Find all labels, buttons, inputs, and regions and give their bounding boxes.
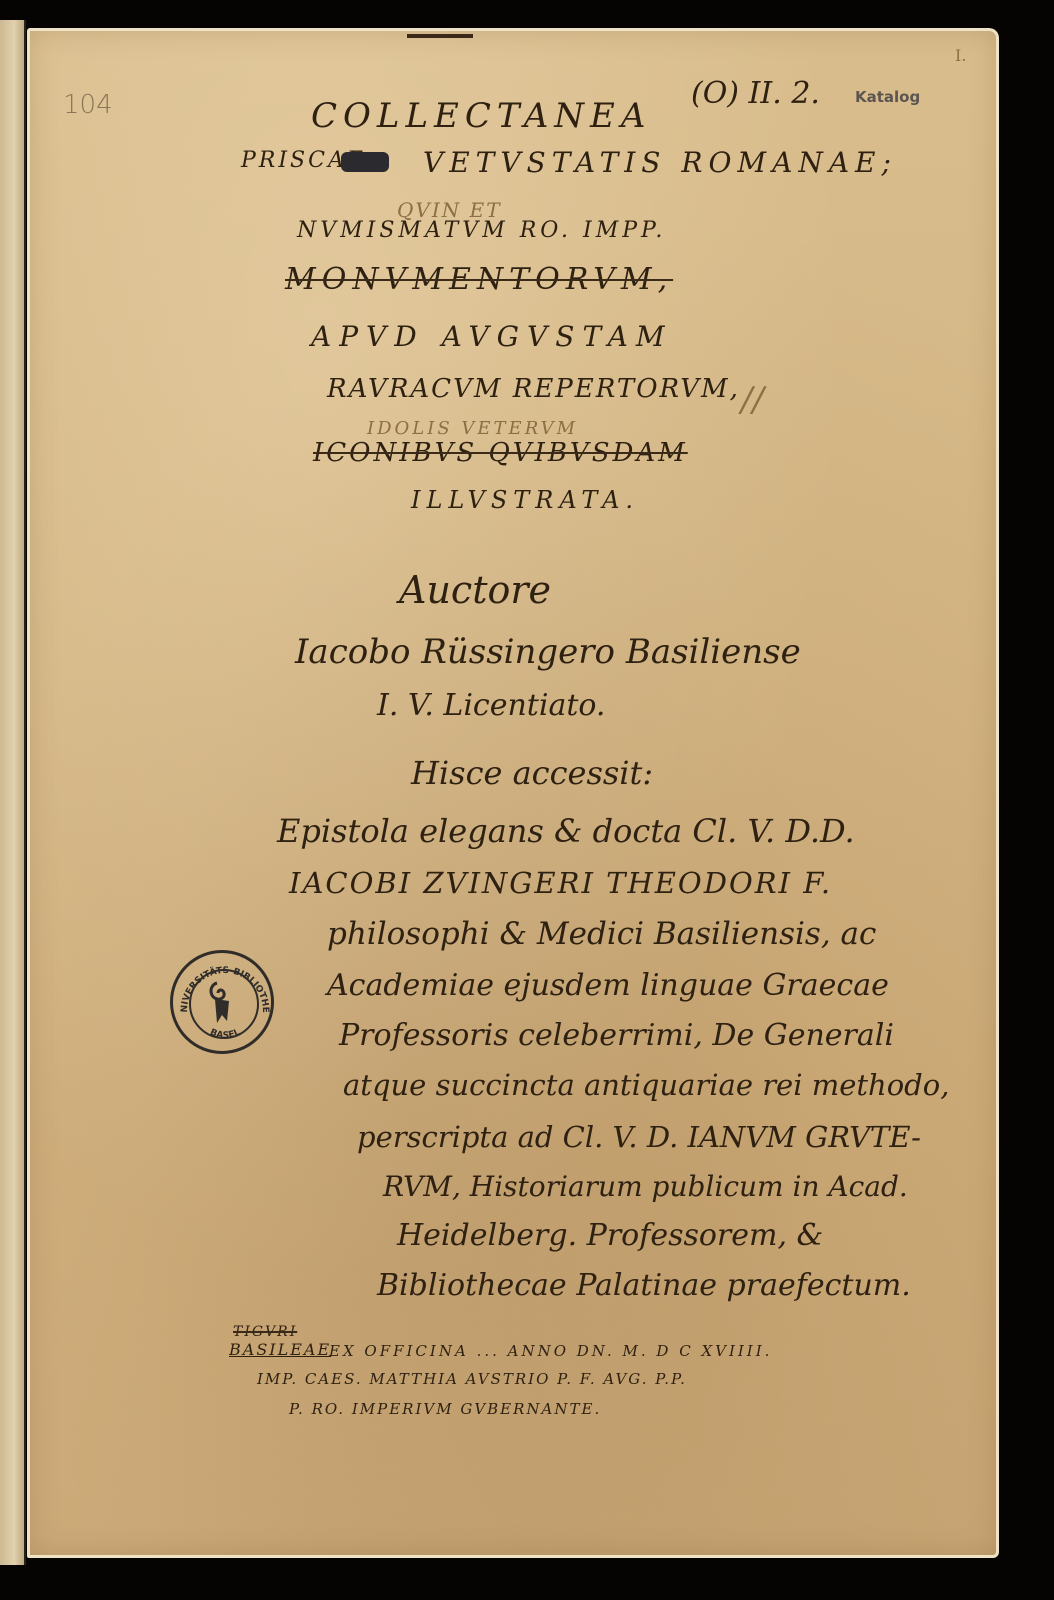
facing-page-edge <box>0 20 26 1565</box>
folio-number: I. <box>955 46 966 65</box>
addendum-line: Heidelberg. Professorem, & <box>397 1218 823 1253</box>
imprint-line-1: EX OFFICINA ... ANNO DN. M. D C XVIIII. <box>329 1342 772 1360</box>
title-line-4-struck: MONVMENTORVM, <box>285 262 673 297</box>
addendum-line: Professoris celeberrimi, De Generali <box>339 1018 894 1053</box>
title-line-1: COLLECTANEA <box>311 96 651 136</box>
author-name: Iacobo Rüssingero Basiliense <box>295 632 801 672</box>
title-line-7-struck: ICONIBVS QVIBVSDAM <box>313 438 688 468</box>
title-line-2: VETVSTATIS ROMANAE; <box>423 146 897 179</box>
shelfmark: (O) II. 2. <box>691 76 820 111</box>
imprint-line-3: P. RO. IMPERIVM GVBERNANTE. <box>289 1400 601 1418</box>
addendum-line: Epistola elegans & docta Cl. V. D.D. <box>277 812 855 850</box>
imprint-place: BASILEAE <box>229 1340 331 1359</box>
ink-blot-deletion <box>341 152 389 172</box>
imprint-line-2: IMP. CAES. MATTHIA AVSTRIO P. F. AVG. P.… <box>257 1370 687 1388</box>
top-struck-mark <box>407 34 473 38</box>
title-insert-idolis-veterum: IDOLIS VETERVM <box>367 418 578 439</box>
title-line-8: ILLVSTRATA. <box>411 486 639 514</box>
addendum-line: perscripta ad Cl. V. D. IANVM GRVTE- <box>357 1120 921 1154</box>
library-stamp: UNIVERSITÄTS-BIBLIOTHEK BASEL <box>170 950 274 1054</box>
title-line-5: APVD AVGVSTAM <box>311 320 672 353</box>
addendum-line: Bibliothecae Palatinae praefectum. <box>377 1268 911 1303</box>
margin-strokes: // <box>741 380 764 420</box>
addendum-line: Academiae ejusdem linguae Graecae <box>327 968 889 1003</box>
basel-crozier-icon <box>191 971 253 1033</box>
author-label: Auctore <box>399 568 551 612</box>
addendum-heading: Hisce accessit: <box>411 754 653 792</box>
addendum-line: RVM, Historiarum publicum in Acad. <box>383 1170 908 1203</box>
pencil-page-number: 104 <box>63 90 113 120</box>
stamp-inner-ring <box>189 969 259 1039</box>
addendum-line: philosophi & Medici Basiliensis, ac <box>327 916 876 952</box>
manuscript-page: 104 (O) II. 2. Katalog I. // COLLECTANEA… <box>27 28 999 1558</box>
author-degree: I. V. Licentiato. <box>377 688 605 723</box>
addendum-line: IACOBI ZVINGERI THEODORI F. <box>289 866 832 900</box>
catalog-stamp: Katalog <box>855 88 920 106</box>
addendum-line: atque succincta antiquariae rei methodo, <box>343 1068 949 1102</box>
imprint-struck-place: TIGVRI <box>233 1324 297 1340</box>
title-line-6: RAVRACVM REPERTORVM, <box>327 374 740 404</box>
title-line-3: NVMISMATVM RO. IMPP. <box>297 218 666 243</box>
